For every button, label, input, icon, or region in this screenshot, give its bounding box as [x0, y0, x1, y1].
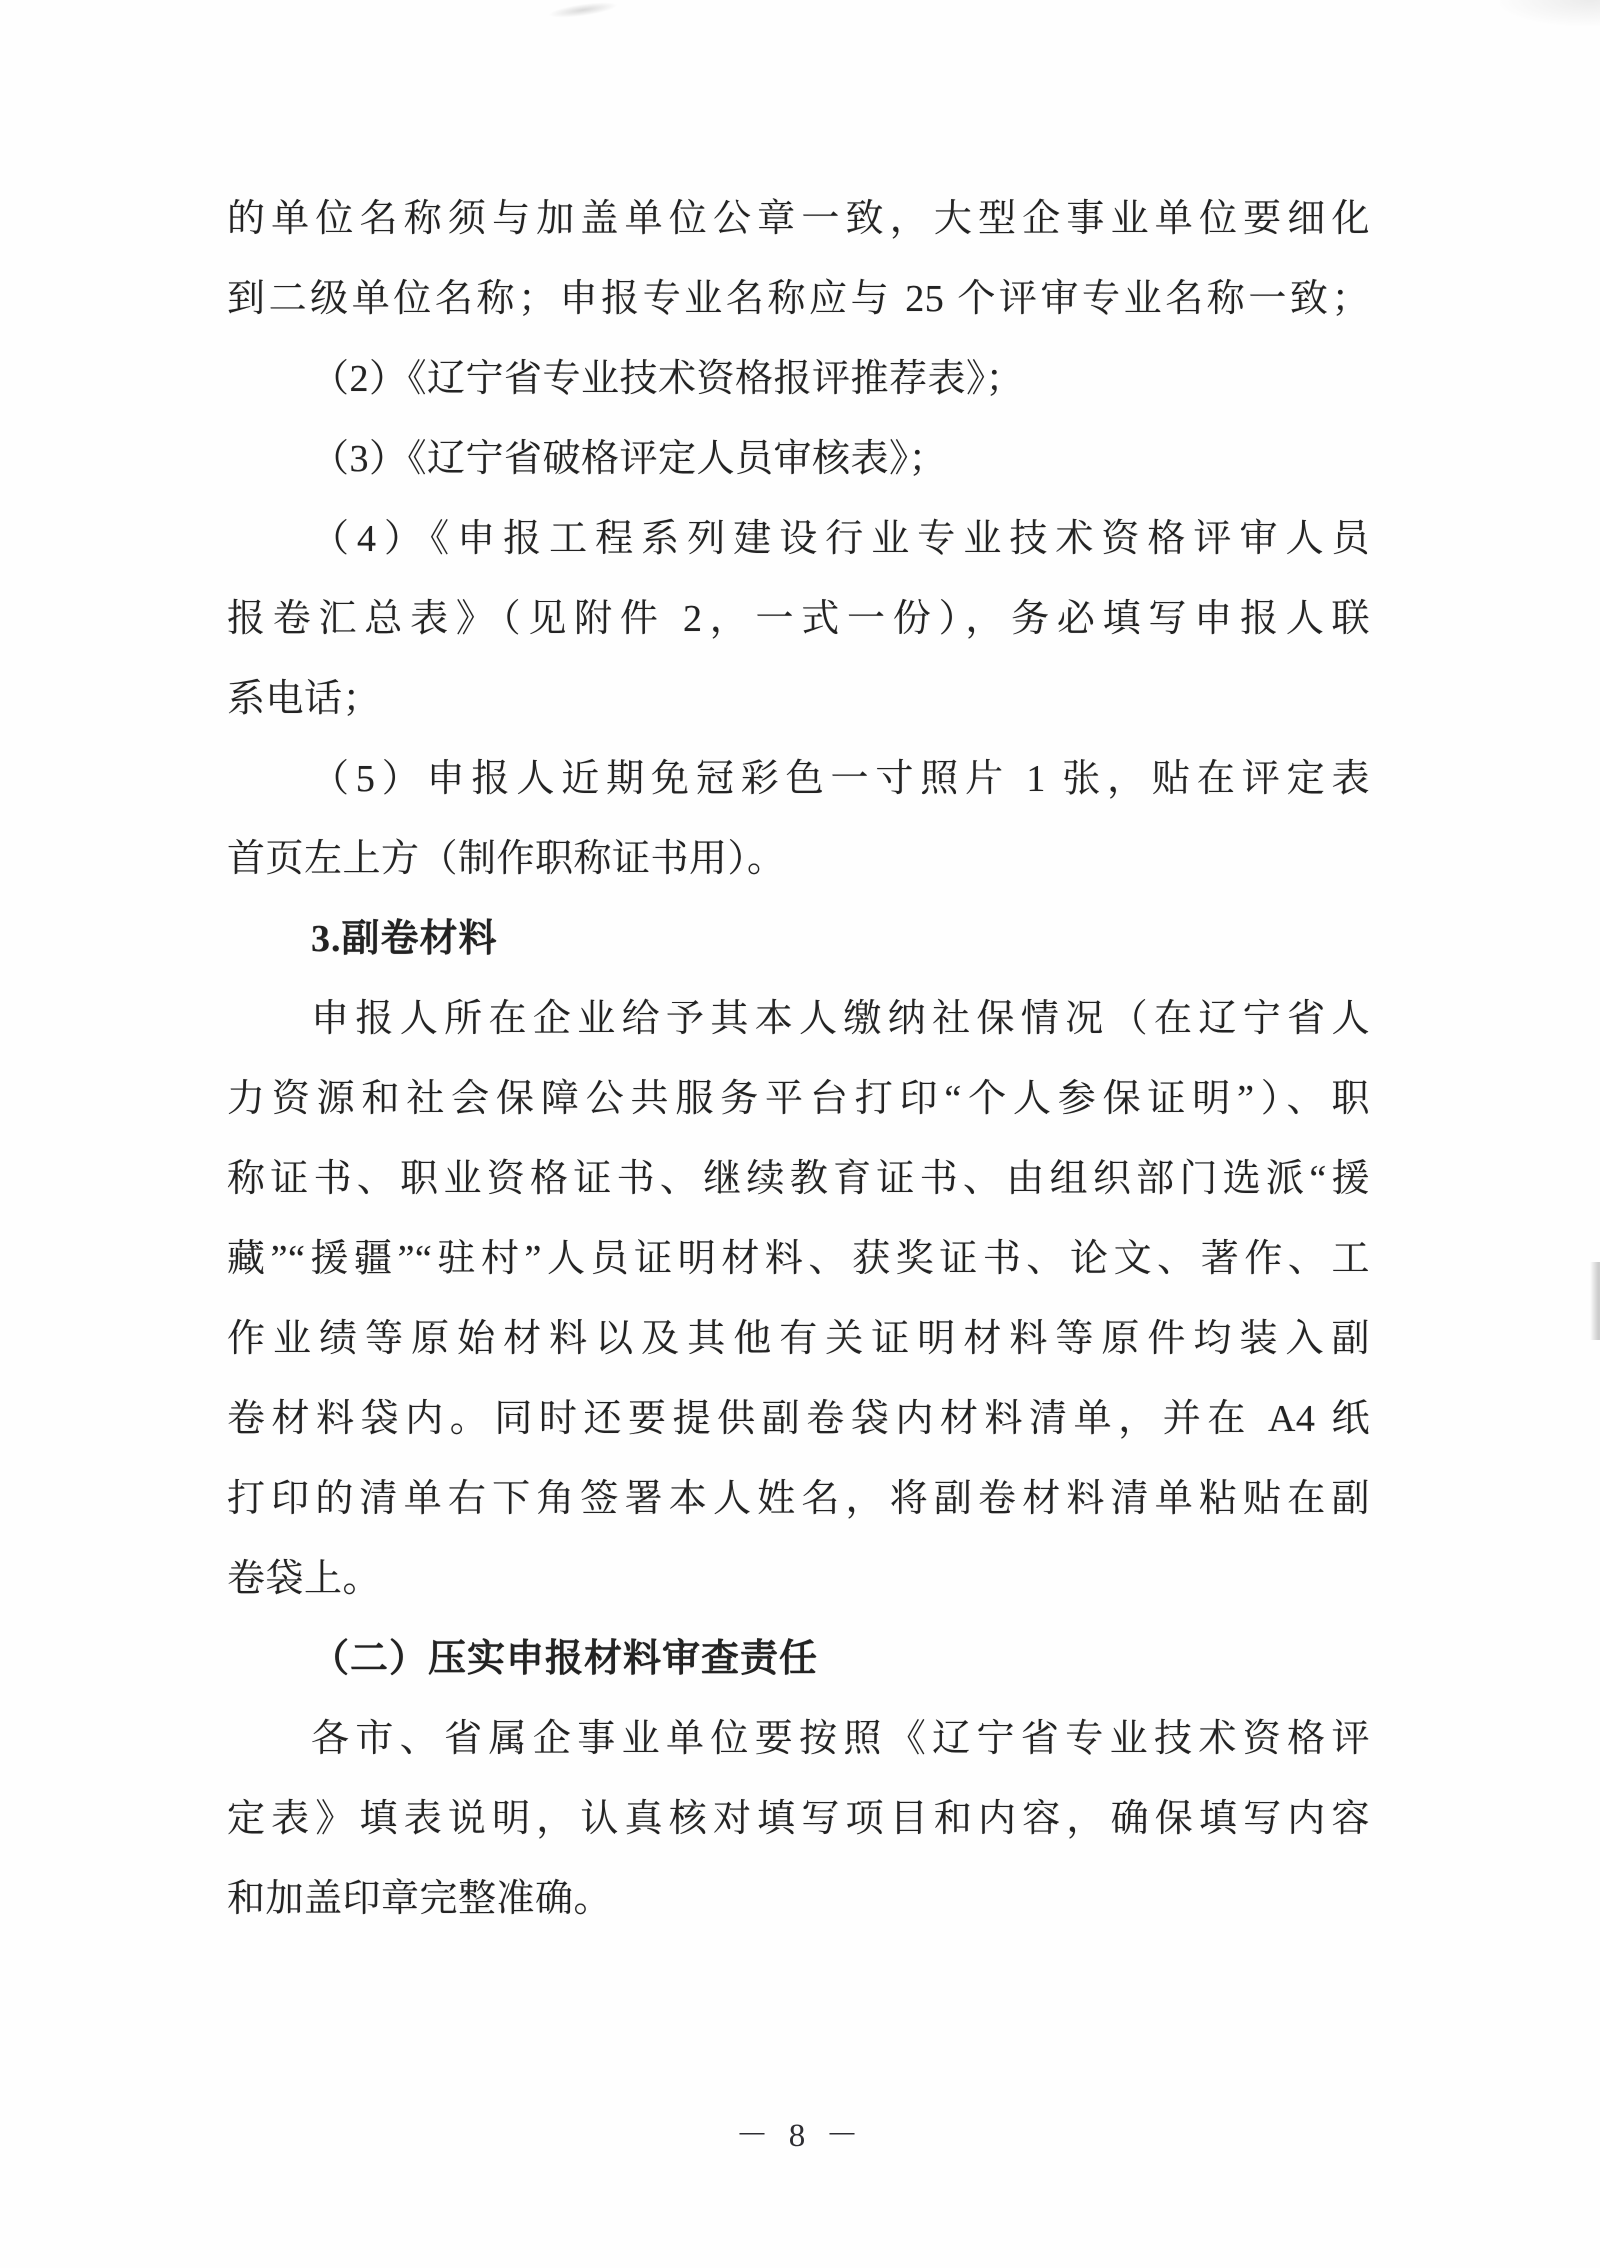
- body-line: （3）《辽宁省破格评定人员审核表》；: [227, 419, 1370, 499]
- body-line: 藏”“援疆”“驻村”人员证明材料、获奖证书、论文、著作、工: [227, 1219, 1370, 1299]
- body-line: （4）《申报工程系列建设行业专业技术资格评审人员: [227, 499, 1370, 579]
- scanned-document-page: 的单位名称须与加盖单位公章一致，大型企事业单位要细化 到二级单位名称；申报专业名…: [0, 0, 1600, 2268]
- subsection-heading: 3.副卷材料: [227, 899, 1370, 979]
- body-line: 定表》填表说明，认真核对填写项目和内容，确保填写内容: [227, 1779, 1370, 1859]
- body-line: （2）《辽宁省专业技术资格报评推荐表》；: [227, 339, 1370, 419]
- scan-smudge: [548, 0, 619, 21]
- body-line: 作业绩等原始材料以及其他有关证明材料等原件均装入副: [227, 1299, 1370, 1379]
- body-line: 卷材料袋内。同时还要提供副卷袋内材料清单，并在 A4 纸: [227, 1379, 1370, 1459]
- body-line: 各市、省属企事业单位要按照《辽宁省专业技术资格评: [227, 1699, 1370, 1779]
- body-line: 卷袋上。: [227, 1539, 1370, 1619]
- body-line: 到二级单位名称；申报专业名称应与 25 个评审专业名称一致；: [227, 259, 1370, 339]
- body-line: 力资源和社会保障公共服务平台打印“个人参保证明”）、职: [227, 1059, 1370, 1139]
- body-line: 申报人所在企业给予其本人缴纳社保情况（在辽宁省人: [227, 979, 1370, 1059]
- body-line: 称证书、职业资格证书、继续教育证书、由组织部门选派“援: [227, 1139, 1370, 1219]
- document-body: 的单位名称须与加盖单位公章一致，大型企事业单位要细化 到二级单位名称；申报专业名…: [227, 179, 1370, 1939]
- section-heading: （二）压实申报材料审查责任: [227, 1619, 1370, 1699]
- body-line: 的单位名称须与加盖单位公章一致，大型企事业单位要细化: [227, 179, 1370, 259]
- body-line: 打印的清单右下角签署本人姓名，将副卷材料清单粘贴在副: [227, 1459, 1370, 1539]
- body-line: 首页左上方（制作职称证书用）。: [227, 819, 1370, 899]
- body-line: 系电话；: [227, 659, 1370, 739]
- scan-streak: [1590, 1262, 1600, 1340]
- body-line: 和加盖印章完整准确。: [227, 1859, 1370, 1939]
- body-line: （5）申报人近期免冠彩色一寸照片 1 张，贴在评定表: [227, 739, 1370, 819]
- page-number: － 8 －: [0, 2112, 1600, 2160]
- scan-corner-shade: [1500, 0, 1600, 26]
- body-line: 报卷汇总表》（见附件 2，一式一份），务必填写申报人联: [227, 579, 1370, 659]
